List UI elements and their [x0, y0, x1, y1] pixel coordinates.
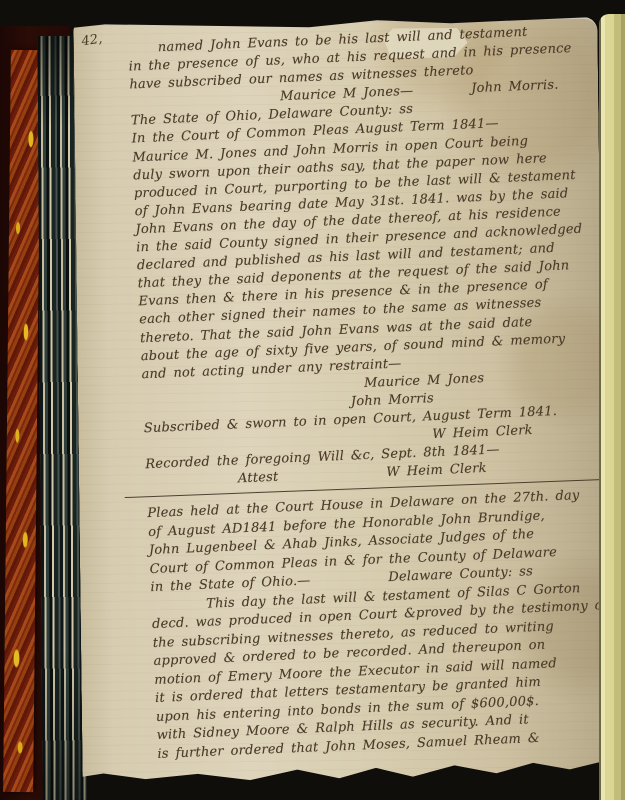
photograph-of-record-book: { "colors": { "background": "#100e0b", "… [0, 0, 625, 800]
next-page-edge [599, 14, 625, 800]
clerk-signature: W Heim Clerk [386, 460, 487, 482]
page-number: 42, [81, 32, 104, 50]
handwritten-text: named John Evans to be his last will and… [128, 22, 610, 765]
torn-bottom-edge [272, 773, 333, 793]
torn-bottom-edge [412, 771, 447, 791]
witness-signature: John Morris. [471, 77, 559, 99]
second-record: Pleas held at the Court House in Delawar… [147, 487, 609, 765]
record-page: 42, named John Evans to be his last will… [73, 17, 606, 785]
attest-label: Attest [238, 469, 279, 489]
spacer [413, 81, 472, 102]
spacer [278, 464, 387, 487]
